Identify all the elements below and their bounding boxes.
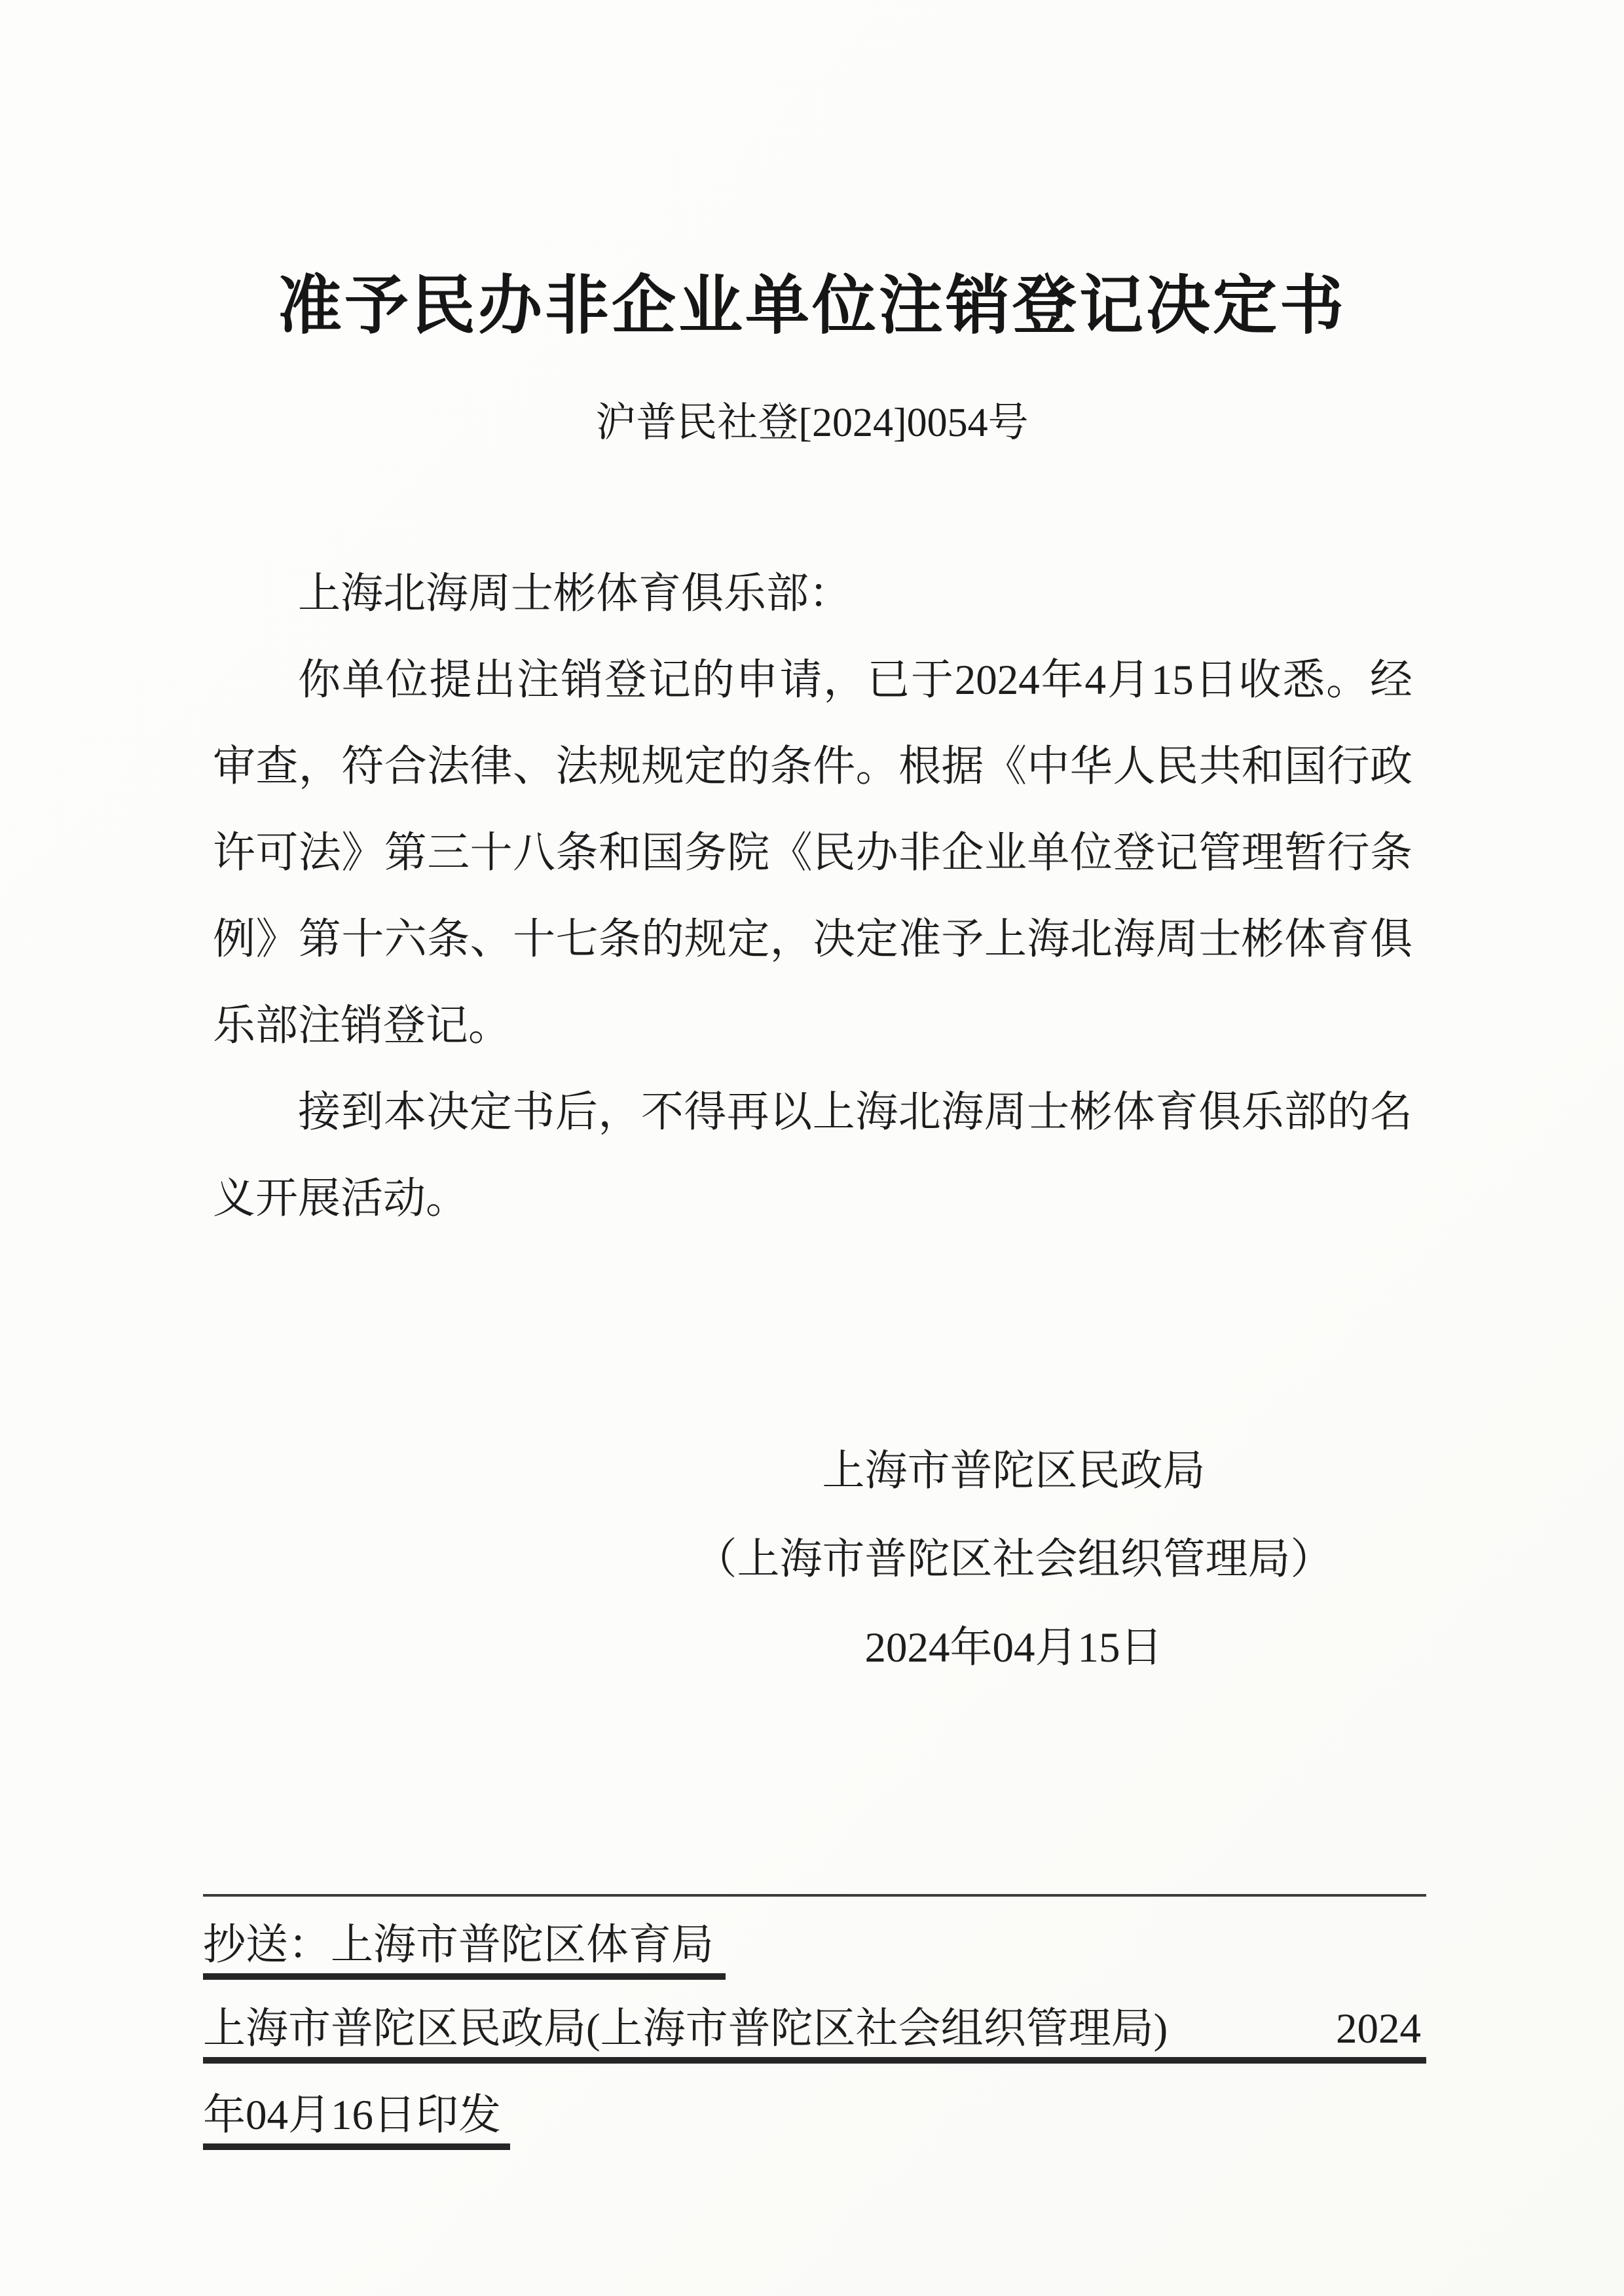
- signature-date: 2024年04月15日: [694, 1604, 1333, 1692]
- signature-block: 上海市普陀区民政局 （上海市普陀区社会组织管理局） 2024年04月15日: [694, 1427, 1333, 1692]
- salutation: 上海北海周士彬体育俱乐部：: [213, 551, 1412, 637]
- footer-cc-line: 抄送：上海市普陀区体育局: [203, 1922, 726, 1980]
- signature-organization-alt: （上海市普陀区社会组织管理局）: [694, 1516, 1333, 1604]
- body-paragraph-2: 接到本决定书后，不得再以上海北海周士彬体育俱乐部的名义开展活动。: [213, 1069, 1412, 1242]
- signature-organization: 上海市普陀区民政局: [694, 1427, 1333, 1516]
- footer-issue-year: 2024: [1336, 2006, 1421, 2053]
- footer-issue-date-line: 年04月16日印发: [203, 2092, 510, 2150]
- document-page: 准予民办非企业单位注销登记决定书 沪普民社登[2024]0054号 上海北海周士…: [0, 0, 1624, 2296]
- footer-issuer-name: 上海市普陀区民政局(上海市普陀区社会组织管理局): [203, 2006, 1168, 2053]
- document-number: 沪普民社登[2024]0054号: [0, 397, 1624, 450]
- body-paragraph-1: 你单位提出注销登记的申请，已于2024年4月15日收悉。经审查，符合法律、法规规…: [213, 637, 1412, 1069]
- document-body: 上海北海周士彬体育俱乐部： 你单位提出注销登记的申请，已于2024年4月15日收…: [213, 551, 1412, 1242]
- footer-divider-rule: [203, 1894, 1426, 1897]
- footer-issuer-line: 上海市普陀区民政局(上海市普陀区社会组织管理局) 2024: [203, 2006, 1426, 2064]
- document-title: 准予民办非企业单位注销登记决定书: [0, 267, 1624, 344]
